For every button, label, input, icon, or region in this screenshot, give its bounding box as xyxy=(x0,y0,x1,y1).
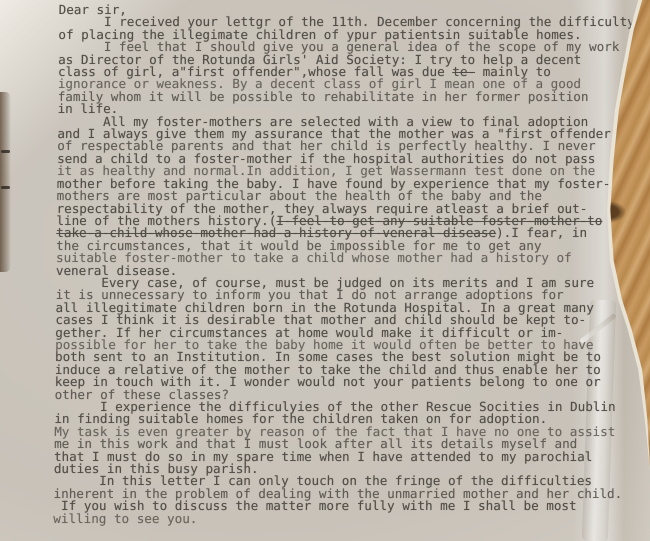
letter-text-segment: possible for her to take the baby home i… xyxy=(55,337,593,352)
letter-line: family whom it will be possible to rehab… xyxy=(58,91,646,103)
letter-text-segment: of respectable parents and that her chil… xyxy=(57,138,595,153)
photo-of-typewritten-letter: Dear sir, I received your lettgr of the … xyxy=(0,0,650,541)
letter-text-segment: it is unnecessary to inform you that I d… xyxy=(56,287,564,302)
letter-line: willing to see you. xyxy=(53,513,641,525)
letter-text-segment: inherent in the problem of dealing with … xyxy=(54,486,623,501)
letter-text-segment: it as healthy and normal.In addition, I … xyxy=(57,163,595,178)
letter-text-segment: other of these classes? xyxy=(55,387,230,402)
letter-line: I feel that I should give you a general … xyxy=(58,41,646,53)
letter-line: inherent in the problem of dealing with … xyxy=(54,488,642,500)
letter-line: mothers are most particular about the he… xyxy=(57,190,645,202)
letter-line: me in this work and that I must look aft… xyxy=(54,438,642,450)
staple-mark xyxy=(1,150,10,153)
letter-line: possible for her to take the baby home i… xyxy=(55,339,643,351)
underlying-page-edge-shadow xyxy=(0,92,11,272)
letter-line: it as healthy and normal.In addition, I … xyxy=(57,165,645,177)
letter-text-segment: willing to see you. xyxy=(53,511,197,526)
letter-paper: Dear sir, I received your lettgr of the … xyxy=(0,0,650,541)
letter-line: it is unnecessary to inform you that I d… xyxy=(56,289,644,301)
staple-mark xyxy=(1,186,10,189)
letter-line: suitable foster-mother to take a child w… xyxy=(56,252,644,264)
letter-text-segment: me in this work and that I must look aft… xyxy=(54,436,577,451)
letter-body: Dear sir, I received your lettgr of the … xyxy=(53,4,646,525)
letter-line: of respectable parents and that her chil… xyxy=(57,140,645,152)
letter-text-segment: mothers are most particular about the he… xyxy=(57,188,542,203)
letter-line: other of these classes? xyxy=(55,389,643,401)
letter-text-segment: family whom it will be possible to rehab… xyxy=(58,89,589,104)
letter-text-segment: I feel that I should give you a general … xyxy=(58,39,619,54)
letter-text-segment: suitable foster-mother to take a child w… xyxy=(56,250,572,265)
